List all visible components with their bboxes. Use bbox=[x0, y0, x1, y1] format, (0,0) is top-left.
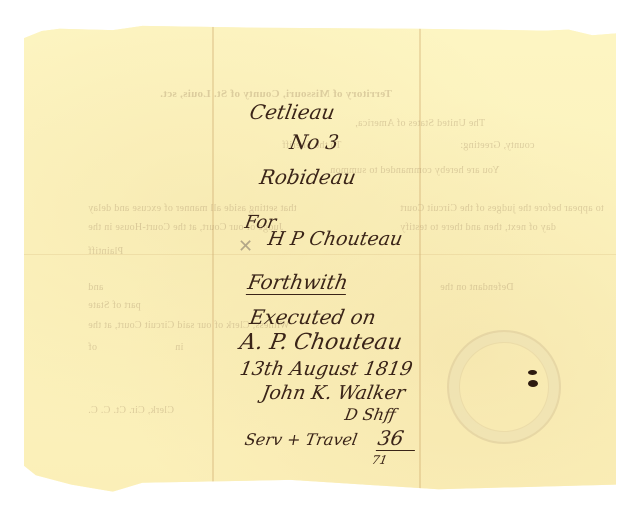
handwritten-hp-chouteau: H P Chouteau bbox=[266, 228, 404, 250]
handwritten-signature-john-k-walker: John K. Walker bbox=[260, 382, 407, 404]
handwritten-fee-cents: 71 bbox=[371, 453, 389, 467]
handwritten-forthwith: Forthwith bbox=[246, 270, 350, 295]
bleed-text: of bbox=[88, 342, 97, 353]
handwritten-serv-travel: Serv + Travel bbox=[243, 430, 359, 449]
bleed-text: Defendant on the bbox=[440, 282, 514, 293]
handwritten-number: No 3 bbox=[288, 130, 341, 154]
handwritten-fee-amount: 36 bbox=[376, 426, 420, 451]
fold-line-right bbox=[419, 24, 421, 494]
ink-blot bbox=[528, 380, 538, 387]
bleed-text: county, Greeting: bbox=[460, 140, 534, 151]
ink-blot bbox=[528, 370, 537, 375]
handwritten-date: 13th August 1819 bbox=[238, 358, 414, 380]
bleed-text: part of State bbox=[88, 300, 141, 311]
bleed-text: in bbox=[175, 342, 183, 353]
handwritten-deputy-sheriff: D Shff bbox=[343, 405, 397, 424]
bleed-text-header: Territory of Missouri, County of St. Lou… bbox=[160, 88, 392, 100]
embossed-seal bbox=[447, 330, 561, 444]
pencil-cross-mark: ✕ bbox=[238, 236, 253, 257]
handwritten-executed-on: Executed on bbox=[248, 305, 378, 329]
bleed-text: Clerk, Cir. Ct. C. C. bbox=[88, 405, 174, 416]
handwritten-robideau: Robideau bbox=[258, 165, 358, 189]
bleed-text: The United States of America, bbox=[355, 118, 485, 129]
bleed-text: day of next, then and there to testify bbox=[400, 222, 556, 233]
bleed-text: Plaintiff bbox=[88, 246, 123, 257]
handwritten-cetlieau: Cetlieau bbox=[248, 100, 337, 124]
bleed-text: and bbox=[88, 282, 103, 293]
handwritten-ap-chouteau: A. P. Chouteau bbox=[238, 330, 404, 355]
bleed-text: to appear before the judges of the Circu… bbox=[400, 203, 604, 214]
